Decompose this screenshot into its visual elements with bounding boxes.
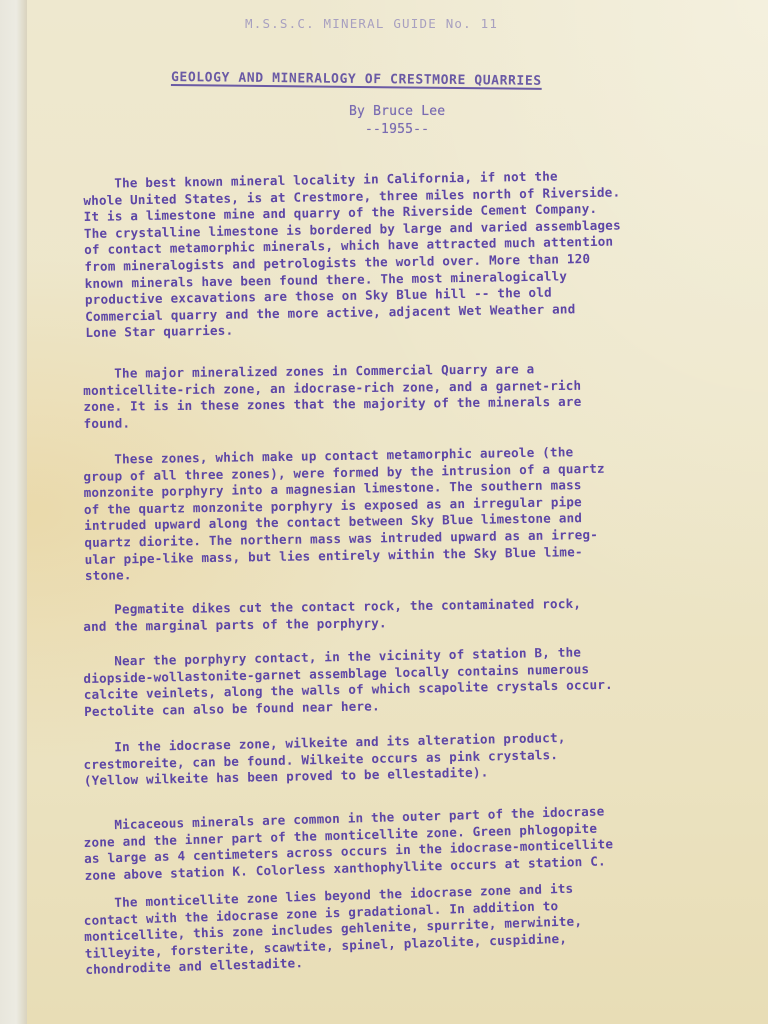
paragraph-porphyry-contact: Near the porphyry contact, in the vicini… — [83, 644, 613, 721]
paragraph-pegmatite-dikes: Pegmatite dikes cut the contact rock, th… — [83, 596, 581, 635]
paragraph-aureole-formation: These zones, which make up contact metam… — [83, 444, 606, 585]
document-title: GEOLOGY AND MINERALOGY OF CRESTMORE QUAR… — [171, 70, 542, 89]
typed-document-page: M.S.S.C. MINERAL GUIDE No. 11 GEOLOGY AN… — [27, 0, 768, 1024]
paragraph-intro: The best known mineral locality in Calif… — [83, 168, 623, 342]
paragraph-idocrase-zone: In the idocrase zone, wilkeite and its a… — [83, 730, 566, 790]
series-header: M.S.S.C. MINERAL GUIDE No. 11 — [245, 16, 498, 31]
author-line: By Bruce Lee — [349, 104, 445, 119]
underlying-page-edge — [0, 0, 27, 1024]
paragraph-monticellite-zone: The monticellite zone lies beyond the id… — [83, 880, 583, 979]
year-line: --1955-- — [365, 122, 429, 137]
photo-of-typed-page: M.S.S.C. MINERAL GUIDE No. 11 GEOLOGY AN… — [0, 0, 768, 1024]
paragraph-micaceous-minerals: Micaceous minerals are common in the out… — [83, 803, 614, 884]
paragraph-mineralized-zones: The major mineralized zones in Commercia… — [83, 361, 582, 433]
